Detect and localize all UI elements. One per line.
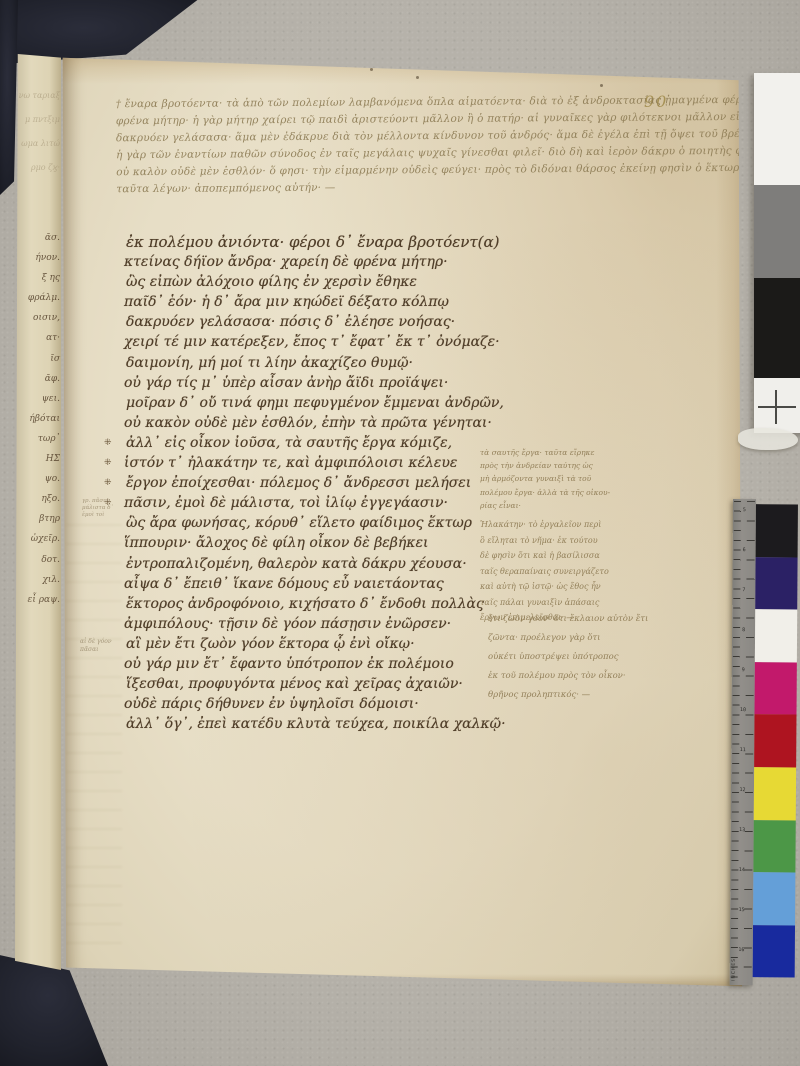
ruler-number: 15: [730, 907, 753, 947]
facing-page-fragment: ῑσ: [14, 349, 60, 369]
facing-page-fragment: ήνον.: [14, 248, 60, 268]
facing-page-fragment: ηξο.: [14, 489, 60, 509]
scholion-line: πρὸς τὴν ἀνδρείαν ταύτης ὡς: [480, 459, 652, 472]
verse-line: ὣς εἰπὼν ἀλόχοιο φίλης ἐν χερσὶν ἔθηκε: [126, 272, 524, 292]
ruler-number: 8: [732, 627, 755, 667]
margin-note-line: μάλιστα δ᾽: [82, 505, 122, 512]
ruler: 5678910111213141516 INCHES: [730, 499, 756, 985]
ruler-number: 9: [732, 667, 755, 707]
verse-line: οὐ γάρ τίς μ᾽ ὑπὲρ αἶσαν ἀνὴρ ἄϊδι προϊά…: [124, 373, 524, 393]
facing-page-fragment: νω ταριαξ: [16, 84, 60, 108]
facing-page-fragment: βτηρ: [14, 509, 60, 529]
registration-cross-icon: [758, 406, 796, 408]
color-patch-black: [756, 504, 798, 557]
ruler-number: 10: [731, 707, 754, 747]
verse-line: ἐντροπαλιζομένη, θαλερὸν κατὰ δάκρυ χέου…: [126, 554, 524, 574]
tissue-crumple: [738, 428, 798, 450]
registration-cross-icon: [775, 390, 777, 424]
verso-showthrough: [66, 524, 122, 954]
scholion-line: ἐκ τοῦ πολέμου πρὸς τὸν οἶκον·: [488, 667, 668, 686]
critical-mark: ⁜: [104, 473, 120, 493]
facing-page-line-endings: ᾱσ.ήνον.ξ ηςφράλμ.οισιν,ατ·ῑσᾱφ.ψει.ήβότ…: [14, 228, 60, 610]
parchment-page: 90 † ἔναρα βροτόεντα· τὰ ἀπὸ τῶν πολεμίω…: [60, 54, 742, 990]
ruler-number: 12: [731, 787, 754, 827]
color-patch-green: [753, 820, 795, 873]
scholion-line: καὶ αὐτὴ τῷ ἱστῷ· ὡς ἔθος ἦν: [480, 579, 660, 595]
right-margin-scholion: ἔτι ζωὸν γόον· ὅτι ἔκλαιον αὐτὸν ἔτιζῶντ…: [488, 610, 668, 705]
ruler-numbers: 5678910111213141516: [730, 507, 756, 987]
ink-speck: [370, 68, 373, 71]
ruler-number: 7: [732, 587, 755, 627]
critical-mark: ⁜: [104, 453, 120, 473]
main-text-block: ἐκ πολέμου ἀνιόντα· φέροι δ᾽ ἔναρα βροτό…: [124, 232, 524, 734]
verse-line: οὐ κακὸν οὐδὲ μὲν ἐσθλόν, ἐπὴν τὰ πρῶτα …: [124, 413, 524, 433]
facing-page-fragment: τωρ᾽: [14, 429, 60, 449]
color-patch-black: [754, 278, 800, 378]
right-margin-scholion: τὰ σαυτῆς ἔργα· ταῦτα εἴρηκεπρὸς τὴν ἀνδ…: [480, 446, 652, 512]
color-patch-white: [754, 73, 800, 185]
scholion-line: ταῖς πάλαι γυναιξὶν ἁπάσαις: [480, 595, 660, 611]
facing-page-fragment: χιλ.: [14, 570, 60, 590]
scholion-line: οὐκέτι ὑποστρέψει ὑπότροπος: [488, 648, 668, 667]
verse-line: ἕκτορος ἀνδροφόνοιο, κιχήσατο δ᾽ ἔνδοθι …: [126, 594, 524, 614]
scholion-line: ζῶντα· προέλεγον γὰρ ὅτι: [488, 629, 668, 648]
verse-line: δαιμονίη, μή μοί τι λίην ἀκαχίζεο θυμῷ·: [126, 353, 524, 373]
verse-line: μοῖραν δ᾽ οὔ τινά φημι πεφυγμένον ἔμμενα…: [126, 393, 524, 413]
facing-page-fragment: ωμα λιτώ: [16, 132, 60, 156]
margin-note-line: πᾶσαι: [80, 646, 120, 654]
verse-line: ἵξεσθαι, προφυγόντα μένος καὶ χεῖρας ἀχα…: [126, 674, 524, 694]
facing-page-fragment: ξ ης: [14, 268, 60, 288]
facing-page-fragment: ψει.: [14, 389, 60, 409]
facing-page-fragment: δοτ.: [14, 550, 60, 570]
scholion-line: ἔτι ζωὸν γόον· ὅτι ἔκλαιον αὐτὸν ἔτι: [488, 610, 668, 629]
ruler-number: 13: [730, 827, 753, 867]
margin-note-line: ἐμοὶ τοὶ: [82, 512, 122, 519]
scholion-line: θρῆνος προληπτικός· —: [488, 686, 668, 705]
ruler-number: 6: [732, 547, 755, 587]
ruler-number: 5: [733, 507, 756, 547]
color-patch-dark-blue: [753, 925, 795, 978]
facing-page-fragment: ατ·: [14, 328, 60, 348]
verse-line: δακρυόεν γελάσασα· πόσις δ᾽ ἐλέησε νοήσα…: [126, 312, 524, 332]
verse-line: ἔργον ἐποίχεσθαι· πόλεμος δ᾽ ἄνδρεσσι με…: [126, 473, 524, 493]
color-calibration-bar: 5678910111213141516 INCHES: [730, 499, 800, 985]
facing-page-fragment: ᾱφ.: [14, 369, 60, 389]
facing-page-fragment: οισιν,: [14, 308, 60, 328]
verse-line: οὐδὲ πάρις δήθυνεν ἐν ὑψηλοῖσι δόμοισι·: [124, 694, 524, 714]
verse-line: ὣς ἄρα φωνήσας, κόρυθ᾽ εἵλετο φαίδιμος ἕ…: [126, 513, 524, 533]
facing-page-fragment: εἶ ραψ.: [14, 590, 60, 610]
color-patch-violet: [755, 557, 797, 610]
verse-line: ἀλλ᾽ ὅγ᾽, ἐπεὶ κατέδυ κλυτὰ τεύχεα, ποικ…: [126, 714, 524, 734]
margin-note-line: γρ. πᾶσι: [82, 498, 122, 505]
ink-speck: [600, 84, 603, 87]
verse-line: αἶψα δ᾽ ἔπειθ᾽ ἵκανε δόμους εὖ ναιετάοντ…: [124, 574, 524, 594]
grayscale-calibration-card: [754, 73, 800, 433]
header-scholia-block: † ἔναρα βροτόεντα· τὰ ἀπὸ τῶν πολεμίων λ…: [116, 92, 757, 198]
color-patch-yellow: [754, 767, 796, 820]
left-margin-note: γρ. πᾶσιμάλιστα δ᾽ἐμοὶ τοὶ: [82, 498, 122, 519]
scholion-line: μὴ ἁρμόζοντα γυναιξὶ τὰ τοῦ: [480, 472, 652, 485]
verse-line: ἐκ πολέμου ἀνιόντα· φέροι δ᾽ ἔναρα βροτό…: [126, 232, 524, 252]
verse-line: πᾶσιν, ἐμοὶ δὲ μάλιστα, τοὶ ἰλίῳ ἐγγεγάα…: [124, 493, 524, 513]
facing-page-fragment: ᾱσ.: [14, 228, 60, 248]
color-patch-white: [755, 609, 797, 662]
verse-line: αἳ μὲν ἔτι ζωὸν γόον ἕκτορα ᾧ ἐνὶ οἴκῳ·: [126, 634, 524, 654]
facing-page-fragment: ὠχεῖρ.: [14, 529, 60, 549]
left-margin-note: αἱ δὲ γόονπᾶσαι: [80, 638, 120, 654]
scholion-line: δὲ φησὶν ὅτι καὶ ἡ βασίλισσα: [480, 548, 660, 564]
verse-line: παῖδ᾽ ἑόν· ἡ δ᾽ ἄρα μιν κηώδεϊ δέξατο κό…: [124, 292, 524, 312]
critical-mark: ⁜: [104, 433, 120, 453]
color-patch-magenta: [754, 662, 796, 715]
facing-page-fragment: φράλμ.: [14, 288, 60, 308]
scholion-line: πολέμου ἔργα· ἀλλὰ τὰ τῆς οἰκου-: [480, 486, 652, 499]
verse-line: οὐ γάρ μιν ἔτ᾽ ἔφαντο ὑπότροπον ἐκ πολέμ…: [124, 654, 524, 674]
scholion-line: ρίας εἶναι·: [480, 499, 652, 512]
scholion-line: Ἠλακάτην· τὸ ἐργαλεῖον περὶ: [480, 517, 660, 533]
color-patch-mid-grey: [754, 185, 800, 278]
ruler-unit-label: INCHES: [732, 958, 737, 981]
verse-line: ἱστόν τ᾽ ἠλακάτην τε, καὶ ἀμφιπόλοισι κέ…: [124, 453, 524, 473]
facing-page-fragment: μ πντξιμ: [16, 108, 60, 132]
verse-line: κτείνας δήϊον ἄνδρα· χαρείη δὲ φρένα μήτ…: [124, 252, 524, 272]
verse-line: χειρί τέ μιν κατέρεξεν, ἔπος τ᾽ ἔφατ᾽ ἔκ…: [124, 332, 524, 352]
ruler-number: 14: [730, 867, 753, 907]
scholion-line: ὃ εἴληται τὸ νῆμα· ἐκ τούτου: [480, 533, 660, 549]
facing-page-fragment: ήβόται: [14, 409, 60, 429]
manuscript-photograph: νω ταριαξμ πντξιμωμα λιτώρμο ζϗ· ᾱσ.ήνον…: [0, 0, 800, 1066]
color-patch-red: [754, 715, 796, 768]
verse-line: ἵππουριν· ἄλοχος δὲ φίλη οἶκον δὲ βεβήκε…: [124, 533, 524, 553]
margin-note-line: αἱ δὲ γόον: [80, 638, 120, 646]
ink-speck: [416, 76, 419, 79]
ruler-number: 11: [731, 747, 754, 787]
verse-line: ἀμφιπόλους· τῇσιν δὲ γόον πάσῃσιν ἐνῶρσε…: [124, 614, 524, 634]
facing-page-fragment: ΗΣ: [14, 449, 60, 469]
scholion-line: τὰ σαυτῆς ἔργα· ταῦτα εἴρηκε: [480, 446, 652, 459]
scholion-line: ταῦτα λέγων· ἀποπεμπόμενος αὐτήν· —: [116, 177, 756, 198]
facing-page-fragment: ψο.: [14, 469, 60, 489]
facing-page-fragment: ρμο ζϗ·: [16, 156, 60, 180]
facing-page-faded-fragments: νω ταριαξμ πντξιμωμα λιτώρμο ζϗ·: [16, 84, 60, 180]
scholion-line: ταῖς θεραπαίναις συνειργάζετο: [480, 564, 660, 580]
color-patch-sky-blue: [753, 872, 795, 925]
color-patch-column: [753, 504, 798, 978]
verse-line: ἀλλ᾽ εἰς οἶκον ἰοῦσα, τὰ σαυτῆς ἔργα κόμ…: [126, 433, 524, 453]
